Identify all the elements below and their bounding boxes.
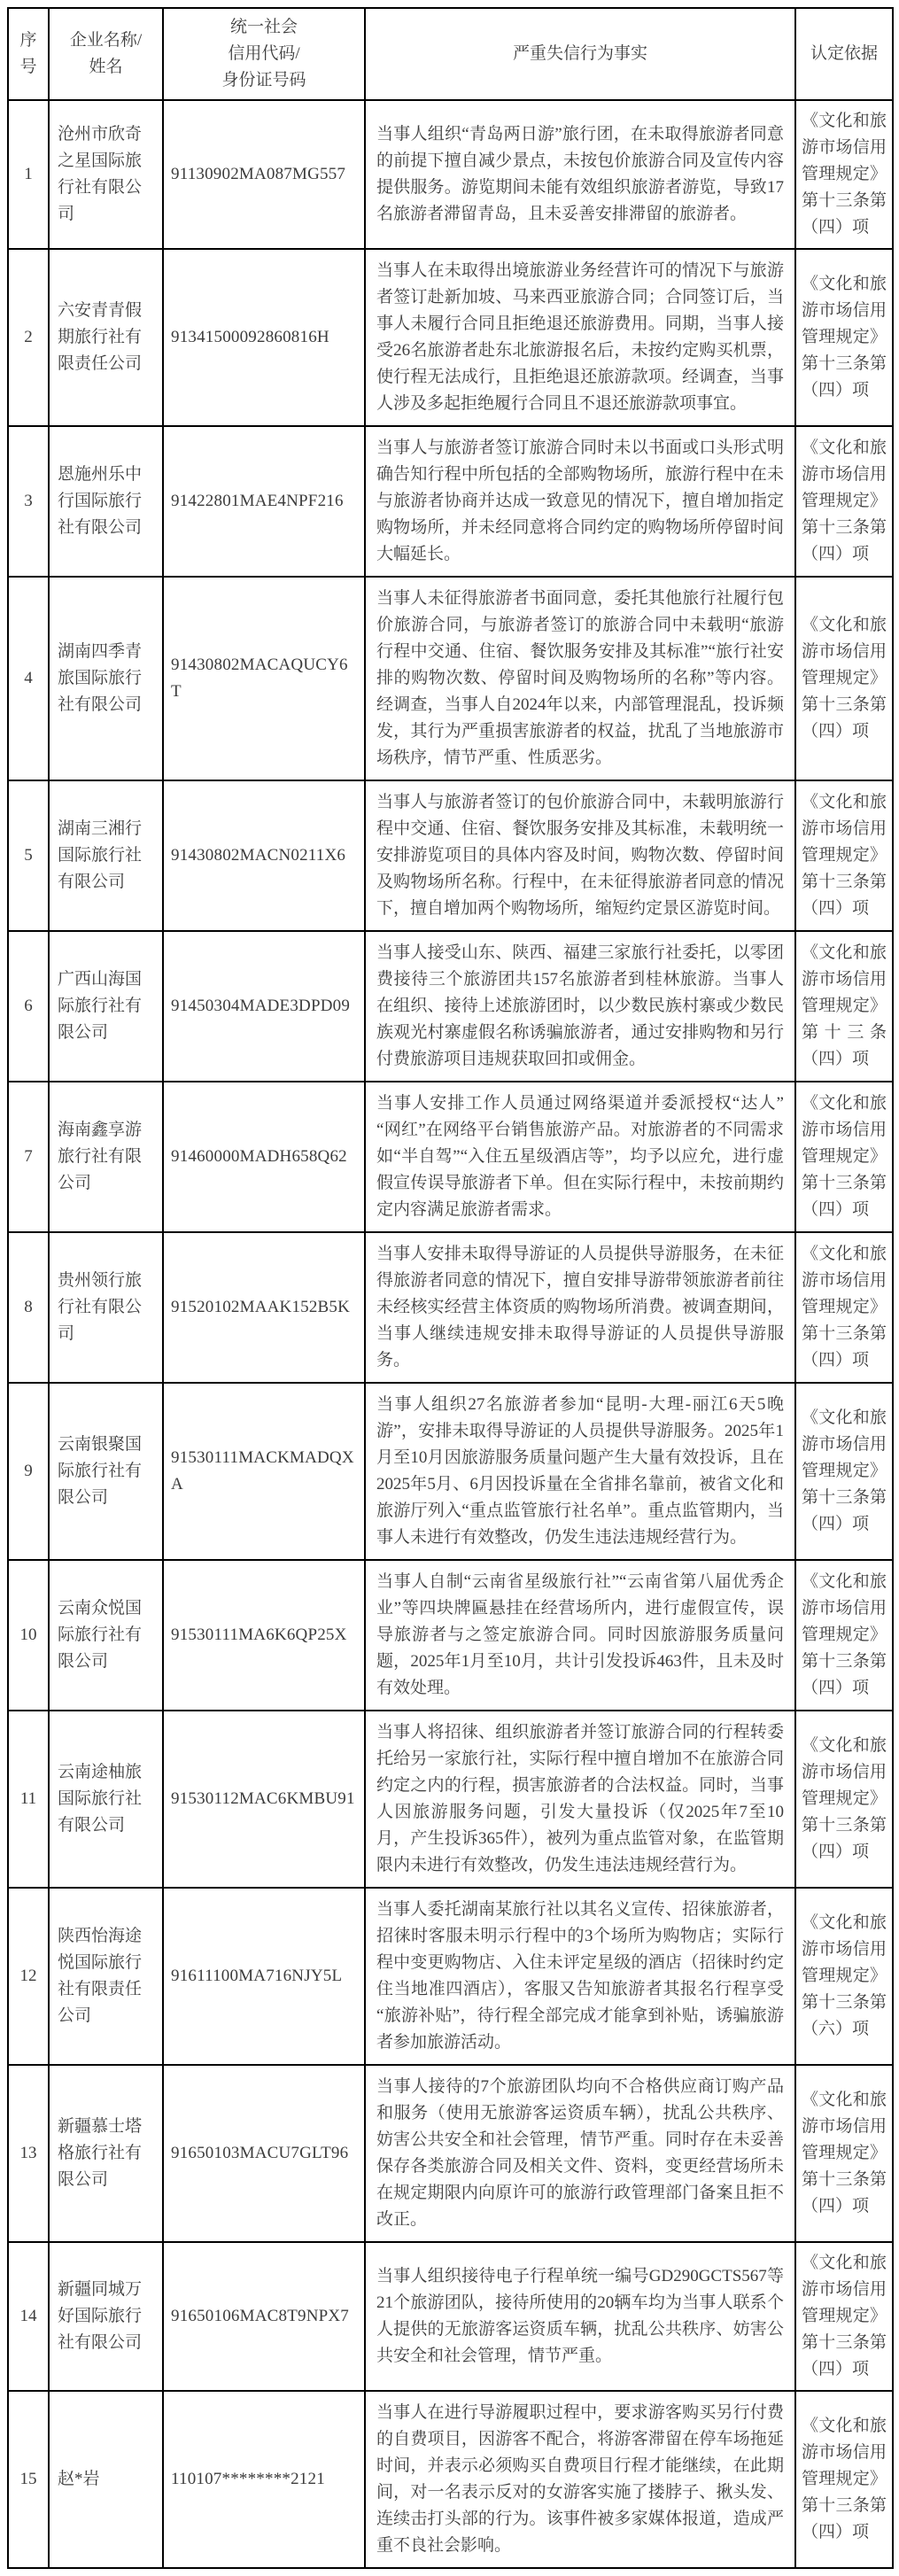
- cell-determination-basis: 《文化和旅游市场信用管理规定》第十三条第（四）项: [795, 2391, 893, 2568]
- table-row: 2 六安青青假期旅行社有限责任公司 91341500092860816H 当事人…: [8, 249, 893, 426]
- header-dishonest-fact: 严重失信行为事实: [365, 8, 795, 100]
- cell-determination-basis: 《文化和旅游市场信用管理规定》第十三条第（四）项: [795, 249, 893, 426]
- cell-serial-number: 9: [8, 1383, 49, 1560]
- cell-credit-code: 91422801MAE4NPF216: [163, 426, 365, 577]
- cell-credit-code: 91650106MAC8T9NPX7: [163, 2242, 365, 2391]
- cell-determination-basis: 《文化和旅游市场信用管理规定》第十三条第（四）项: [795, 577, 893, 780]
- cell-credit-code: 91530111MACKMADQXA: [163, 1383, 365, 1560]
- cell-entity-name: 赵*岩: [49, 2391, 163, 2568]
- cell-credit-code: 91130902MA087MG557: [163, 100, 365, 249]
- cell-serial-number: 15: [8, 2391, 49, 2568]
- cell-dishonest-fact: 当事人组织“青岛两日游”旅行团，在未取得旅游者同意的前提下擅自减少景点，未按包价…: [365, 100, 795, 249]
- cell-dishonest-fact: 当事人委托湖南某旅行社以其名义宣传、招徕旅游者，招徕时客服未明示行程中的3个场所…: [365, 1888, 795, 2065]
- table-row: 7 海南鑫享游旅行社有限公司 91460000MADH658Q62 当事人安排工…: [8, 1082, 893, 1232]
- table-row: 3 恩施州乐中行国际旅行社有限公司 91422801MAE4NPF216 当事人…: [8, 426, 893, 577]
- cell-serial-number: 14: [8, 2242, 49, 2391]
- cell-entity-name: 海南鑫享游旅行社有限公司: [49, 1082, 163, 1232]
- cell-entity-name: 陕西怡海途悦国际旅行社有限责任公司: [49, 1888, 163, 2065]
- cell-determination-basis: 《文化和旅游市场信用管理规定》第十三条第（四）项: [795, 1082, 893, 1232]
- cell-dishonest-fact: 当事人安排未取得导游证的人员提供导游服务，在未征得旅游者同意的情况下，擅自安排导…: [365, 1232, 795, 1383]
- table-row: 13 新疆慕士塔格旅行社有限公司 91650103MACU7GLT96 当事人接…: [8, 2065, 893, 2242]
- cell-serial-number: 8: [8, 1232, 49, 1383]
- table-row: 14 新疆同城万好国际旅行社有限公司 91650106MAC8T9NPX7 当事…: [8, 2242, 893, 2391]
- cell-serial-number: 7: [8, 1082, 49, 1232]
- cell-serial-number: 12: [8, 1888, 49, 2065]
- cell-serial-number: 1: [8, 100, 49, 249]
- cell-entity-name: 新疆同城万好国际旅行社有限公司: [49, 2242, 163, 2391]
- cell-entity-name: 云南银聚国际旅行社有限公司: [49, 1383, 163, 1560]
- cell-entity-name: 广西山海国际旅行社有限公司: [49, 931, 163, 1082]
- cell-serial-number: 3: [8, 426, 49, 577]
- cell-dishonest-fact: 当事人安排工作人员通过网络渠道并委派授权“达人”“网红”在网络平台销售旅游产品。…: [365, 1082, 795, 1232]
- table-row: 8 贵州领行旅行社有限公司 91520102MAAK152B5K 当事人安排未取…: [8, 1232, 893, 1383]
- header-determination-basis: 认定依据: [795, 8, 893, 100]
- table-row: 9 云南银聚国际旅行社有限公司 91530111MACKMADQXA 当事人组织…: [8, 1383, 893, 1560]
- document-page: 序 号 企业名称/ 姓名 统一社会 信用代码/ 身份证号码 严重失信行为事实 认…: [0, 0, 899, 2576]
- cell-determination-basis: 《文化和旅游市场信用管理规定》第十三条第（四）项: [795, 426, 893, 577]
- cell-determination-basis: 《文化和旅游市场信用管理规定》第十三条第（四）项: [795, 100, 893, 249]
- cell-dishonest-fact: 当事人将招徕、组织旅游者并签订旅游合同的行程转委托给另一家旅行社，实际行程中擅自…: [365, 1711, 795, 1888]
- cell-dishonest-fact: 当事人接待的7个旅游团队均向不合格供应商订购产品和服务（使用无旅游客运资质车辆）…: [365, 2065, 795, 2242]
- cell-determination-basis: 《文化和旅游市场信用管理规定》第十三条（四）项: [795, 931, 893, 1082]
- cell-entity-name: 新疆慕士塔格旅行社有限公司: [49, 2065, 163, 2242]
- cell-serial-number: 6: [8, 931, 49, 1082]
- cell-entity-name: 云南众悦国际旅行社有限公司: [49, 1560, 163, 1711]
- table-row: 6 广西山海国际旅行社有限公司 91450304MADE3DPD09 当事人接受…: [8, 931, 893, 1082]
- header-credit-code: 统一社会 信用代码/ 身份证号码: [163, 8, 365, 100]
- cell-credit-code: 91430802MACN0211X6: [163, 780, 365, 931]
- cell-serial-number: 10: [8, 1560, 49, 1711]
- header-serial-number: 序 号: [8, 8, 49, 100]
- cell-entity-name: 沧州市欣奇之星国际旅行社有限公司: [49, 100, 163, 249]
- cell-serial-number: 4: [8, 577, 49, 780]
- serious-dishonesty-table: 序 号 企业名称/ 姓名 统一社会 信用代码/ 身份证号码 严重失信行为事实 认…: [7, 7, 894, 2569]
- cell-entity-name: 云南途柚旅国际旅行社有限公司: [49, 1711, 163, 1888]
- cell-determination-basis: 《文化和旅游市场信用管理规定》第十三条第（四）项: [795, 2065, 893, 2242]
- cell-dishonest-fact: 当事人在未取得出境旅游业务经营许可的情况下与旅游者签订赴新加坡、马来西亚旅游合同…: [365, 249, 795, 426]
- table-row: 11 云南途柚旅国际旅行社有限公司 91530112MAC6KMBU91 当事人…: [8, 1711, 893, 1888]
- cell-serial-number: 13: [8, 2065, 49, 2242]
- cell-dishonest-fact: 当事人接受山东、陕西、福建三家旅行社委托，以零团费接待三个旅游团共157名旅游者…: [365, 931, 795, 1082]
- cell-serial-number: 2: [8, 249, 49, 426]
- cell-determination-basis: 《文化和旅游市场信用管理规定》第十三条第（四）项: [795, 1383, 893, 1560]
- cell-credit-code: 91530112MAC6KMBU91: [163, 1711, 365, 1888]
- cell-determination-basis: 《文化和旅游市场信用管理规定》第十三条第（四）项: [795, 1711, 893, 1888]
- table-row: 10 云南众悦国际旅行社有限公司 91530111MA6K6QP25X 当事人自…: [8, 1560, 893, 1711]
- cell-determination-basis: 《文化和旅游市场信用管理规定》第十三条第（四）项: [795, 2242, 893, 2391]
- table-row: 4 湖南四季青旅国际旅行社有限公司 91430802MACAQUCY6T 当事人…: [8, 577, 893, 780]
- cell-credit-code: 91530111MA6K6QP25X: [163, 1560, 365, 1711]
- cell-entity-name: 贵州领行旅行社有限公司: [49, 1232, 163, 1383]
- cell-credit-code: 91341500092860816H: [163, 249, 365, 426]
- header-entity-name: 企业名称/ 姓名: [49, 8, 163, 100]
- cell-entity-name: 六安青青假期旅行社有限责任公司: [49, 249, 163, 426]
- cell-dishonest-fact: 当事人在进行导游履职过程中，要求游客购买另行付费的自费项目，因游客不配合，将游客…: [365, 2391, 795, 2568]
- cell-entity-name: 湖南三湘行国际旅行社有限公司: [49, 780, 163, 931]
- table-row: 1 沧州市欣奇之星国际旅行社有限公司 91130902MA087MG557 当事…: [8, 100, 893, 249]
- cell-dishonest-fact: 当事人自制“云南省星级旅行社”“云南省第八届优秀企业”等四块牌匾悬挂在经营场所内…: [365, 1560, 795, 1711]
- cell-determination-basis: 《文化和旅游市场信用管理规定》第十三条第（四）项: [795, 1232, 893, 1383]
- cell-serial-number: 5: [8, 780, 49, 931]
- table-row: 5 湖南三湘行国际旅行社有限公司 91430802MACN0211X6 当事人与…: [8, 780, 893, 931]
- cell-determination-basis: 《文化和旅游市场信用管理规定》第十三条第（四）项: [795, 780, 893, 931]
- cell-dishonest-fact: 当事人组织接待电子行程单统一编号GD290GCTS567等21个旅游团队，接待所…: [365, 2242, 795, 2391]
- table-row: 12 陕西怡海途悦国际旅行社有限责任公司 91611100MA716NJY5L …: [8, 1888, 893, 2065]
- cell-entity-name: 恩施州乐中行国际旅行社有限公司: [49, 426, 163, 577]
- cell-determination-basis: 《文化和旅游市场信用管理规定》第十三条第（四）项: [795, 1560, 893, 1711]
- table-row: 15 赵*岩 110107********2121 当事人在进行导游履职过程中，…: [8, 2391, 893, 2568]
- cell-dishonest-fact: 当事人组织27名旅游者参加“昆明-大理-丽江6天5晚游”，安排未取得导游证的人员…: [365, 1383, 795, 1560]
- table-body: 1 沧州市欣奇之星国际旅行社有限公司 91130902MA087MG557 当事…: [8, 100, 893, 2568]
- cell-dishonest-fact: 当事人与旅游者签订旅游合同时未以书面或口头形式明确告知行程中所包括的全部购物场所…: [365, 426, 795, 577]
- cell-determination-basis: 《文化和旅游市场信用管理规定》第十三条第（六）项: [795, 1888, 893, 2065]
- cell-credit-code: 91460000MADH658Q62: [163, 1082, 365, 1232]
- cell-serial-number: 11: [8, 1711, 49, 1888]
- cell-dishonest-fact: 当事人与旅游者签订的包价旅游合同中，未载明旅游行程中交通、住宿、餐饮服务安排及其…: [365, 780, 795, 931]
- cell-credit-code: 91430802MACAQUCY6T: [163, 577, 365, 780]
- cell-credit-code: 91520102MAAK152B5K: [163, 1232, 365, 1383]
- cell-credit-code: 110107********2121: [163, 2391, 365, 2568]
- table-header-row: 序 号 企业名称/ 姓名 统一社会 信用代码/ 身份证号码 严重失信行为事实 认…: [8, 8, 893, 100]
- cell-entity-name: 湖南四季青旅国际旅行社有限公司: [49, 577, 163, 780]
- cell-dishonest-fact: 当事人未征得旅游者书面同意，委托其他旅行社履行包价旅游合同，与旅游者签订的旅游合…: [365, 577, 795, 780]
- cell-credit-code: 91611100MA716NJY5L: [163, 1888, 365, 2065]
- cell-credit-code: 91450304MADE3DPD09: [163, 931, 365, 1082]
- cell-credit-code: 91650103MACU7GLT96: [163, 2065, 365, 2242]
